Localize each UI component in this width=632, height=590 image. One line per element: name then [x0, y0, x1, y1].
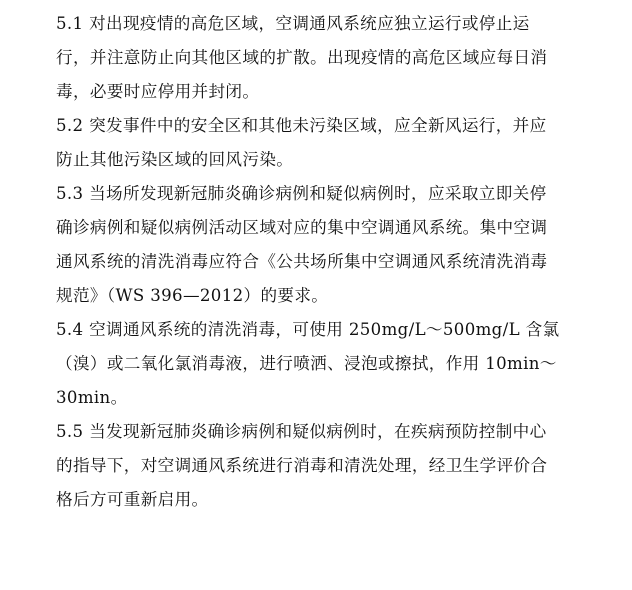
paragraph-line: 5.5 当发现新冠肺炎确诊病例和疑似病例时，在疾病预防控制中心: [56, 418, 616, 452]
section-5-3: 5.3 当场所发现新冠肺炎确诊病例和疑似病例时，应采取立即关停 确诊病例和疑似病…: [56, 180, 616, 316]
paragraph-line: 防止其他污染区域的回风污染。: [56, 146, 616, 180]
section-5-2: 5.2 突发事件中的安全区和其他未污染区域，应全新风运行，并应 防止其他污染区域…: [56, 112, 616, 180]
section-5-1: 5.1 对出现疫情的高危区域，空调通风系统应独立运行或停止运 行，并注意防止向其…: [56, 10, 616, 112]
paragraph-line: 确诊病例和疑似病例活动区域对应的集中空调通风系统。集中空调: [56, 214, 616, 248]
paragraph-line: 5.4 空调通风系统的清洗消毒，可使用 250mg/L～500mg/L 含氯: [56, 316, 616, 350]
section-5-5: 5.5 当发现新冠肺炎确诊病例和疑似病例时，在疾病预防控制中心 的指导下，对空调…: [56, 418, 616, 520]
paragraph-line: 30min。: [56, 384, 616, 418]
paragraph-line: 格后方可重新启用。: [56, 486, 616, 520]
paragraph-line: （溴）或二氧化氯消毒液，进行喷洒、浸泡或擦拭，作用 10min～: [56, 350, 616, 384]
paragraph-line: 5.1 对出现疫情的高危区域，空调通风系统应独立运行或停止运: [56, 10, 616, 44]
paragraph-line: 的指导下，对空调通风系统进行消毒和清洗处理，经卫生学评价合: [56, 452, 616, 486]
paragraph-line: 5.2 突发事件中的安全区和其他未污染区域，应全新风运行，并应: [56, 112, 616, 146]
paragraph-line: 规范》（WS 396—2012）的要求。: [56, 282, 616, 316]
paragraph-line: 毒，必要时应停用并封闭。: [56, 78, 616, 112]
paragraph-line: 5.3 当场所发现新冠肺炎确诊病例和疑似病例时，应采取立即关停: [56, 180, 616, 214]
paragraph-line: 通风系统的清洗消毒应符合《公共场所集中空调通风系统清洗消毒: [56, 248, 616, 282]
document-body: 5.1 对出现疫情的高危区域，空调通风系统应独立运行或停止运 行，并注意防止向其…: [56, 10, 616, 520]
paragraph-line: 行，并注意防止向其他区域的扩散。出现疫情的高危区域应每日消: [56, 44, 616, 78]
section-5-4: 5.4 空调通风系统的清洗消毒，可使用 250mg/L～500mg/L 含氯 （…: [56, 316, 616, 418]
